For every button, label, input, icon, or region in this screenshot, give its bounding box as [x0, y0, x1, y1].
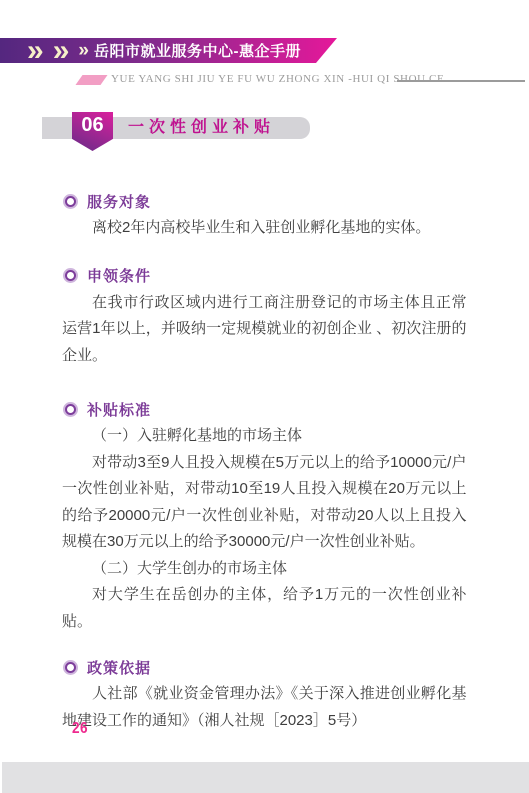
- paragraph: 离校2年内高校毕业生和入驻创业孵化基地的实体。: [62, 215, 467, 242]
- ring-bullet-icon: [65, 404, 76, 415]
- paragraph: 对大学生在岳创办的主体，给予1万元的一次性创业补贴。: [62, 582, 467, 635]
- ring-bullet-icon: [65, 662, 76, 673]
- ring-bullet-icon: [65, 196, 76, 207]
- paragraph: 人社部《就业资金管理办法》《关于深入推进创业孵化基地建设工作的通知》（湘人社规［…: [62, 681, 467, 734]
- page-number: 26: [72, 720, 88, 738]
- section-subsidy-standard: 补贴标准 （一）入驻孵化基地的市场主体 对带动3至9人且投入规模在5万元以上的给…: [62, 399, 467, 635]
- handbook-page: » » » 岳阳市就业服务中心-惠企手册 YUE YANG SHI JIU YE…: [0, 0, 529, 793]
- section-heading: 申领条件: [62, 266, 467, 286]
- section-heading-label: 补贴标准: [87, 399, 151, 420]
- section-policy-basis: 政策依据 人社部《就业资金管理办法》《关于深入推进创业孵化基地建设工作的通知》（…: [62, 657, 467, 734]
- section-application-conditions: 申领条件 在我市行政区域内进行工商注册登记的市场主体且正常运营1年以上，并吸纳一…: [62, 266, 467, 370]
- chevron-icon: »: [27, 40, 42, 62]
- page-content: 服务对象 离校2年内高校毕业生和入驻创业孵化基地的实体。 申领条件 在我市行政区…: [62, 0, 467, 734]
- section-heading: 服务对象: [62, 191, 467, 211]
- paragraph: （二）大学生创办的市场主体: [62, 556, 467, 583]
- ring-bullet-icon: [65, 270, 76, 281]
- section-heading-label: 政策依据: [87, 657, 151, 678]
- section-service-target: 服务对象 离校2年内高校毕业生和入驻创业孵化基地的实体。: [62, 191, 467, 242]
- paragraph: 对带动3至9人且投入规模在5万元以上的给予10000元/户一次性创业补贴，对带动…: [62, 450, 467, 556]
- section-heading: 政策依据: [62, 657, 467, 677]
- section-heading-label: 服务对象: [87, 191, 151, 212]
- section-heading: 补贴标准: [62, 399, 467, 419]
- paragraph: 在我市行政区域内进行工商注册登记的市场主体且正常运营1年以上，并吸纳一定规模就业…: [62, 290, 467, 370]
- section-heading-label: 申领条件: [87, 265, 151, 286]
- page-bottom-background: [2, 762, 529, 793]
- section-title: 一次性创业补贴: [128, 117, 275, 139]
- paragraph: （一）入驻孵化基地的市场主体: [62, 423, 467, 450]
